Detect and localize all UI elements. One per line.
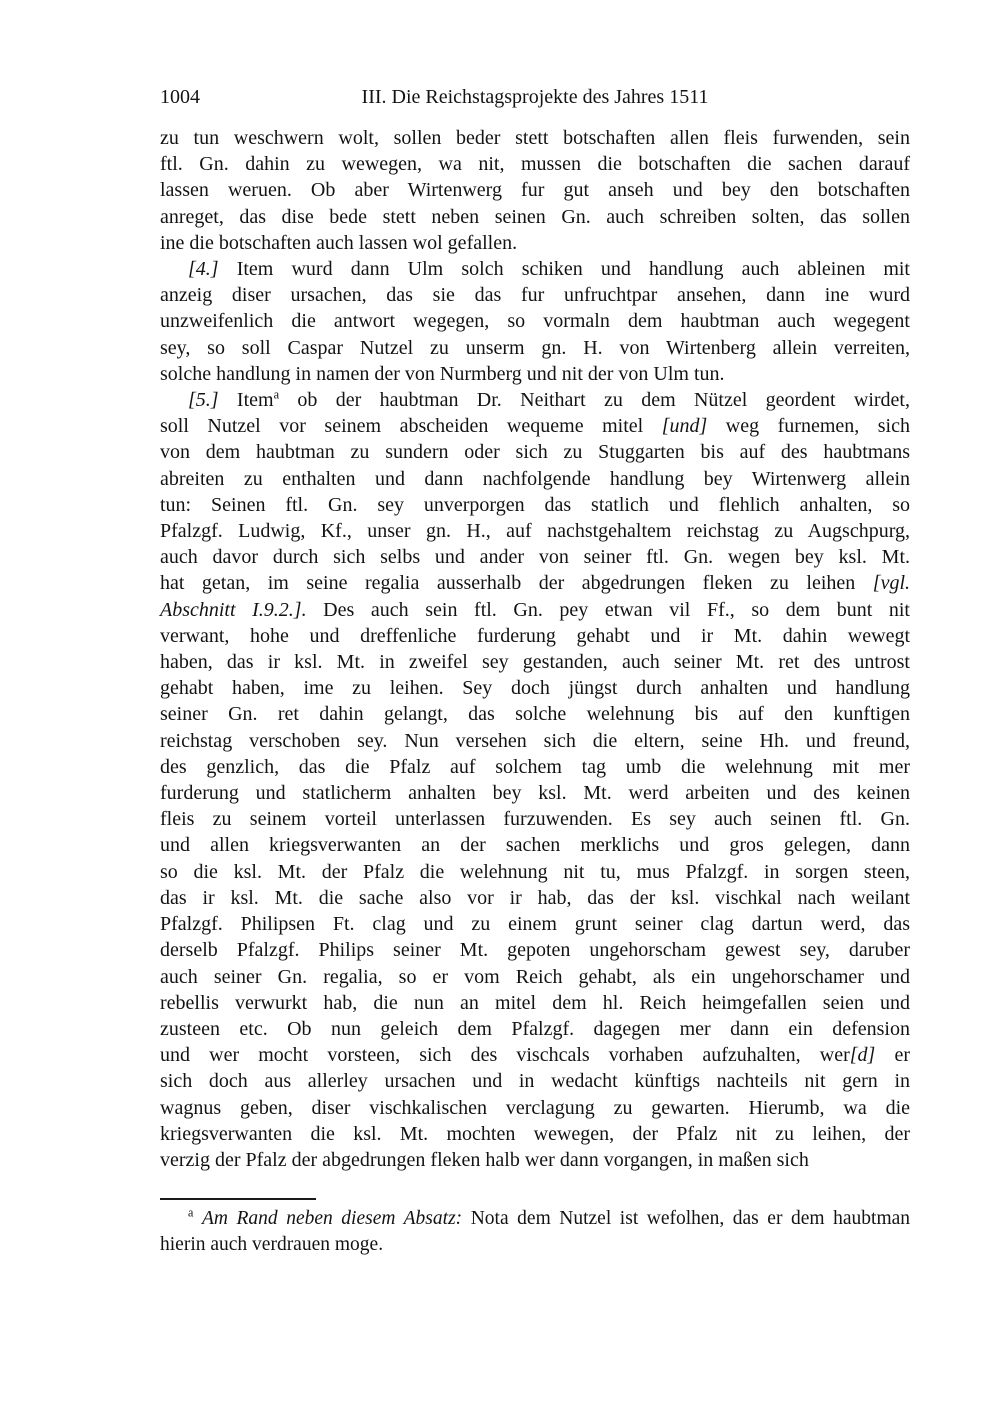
text-segment: Pfalzgf. Ludwig, Kf., unser gn. H., auf … — [160, 520, 910, 542]
text-line: derselb Pfalzgf. Philips seiner Mt. gepo… — [160, 937, 910, 963]
text-segment: Nota dem Nutzel ist wefolhen, das er dem… — [462, 1208, 910, 1229]
text-segment: unzweifenlich die antwort wegegen, so vo… — [160, 310, 910, 332]
text-segment: ftl. Gn. dahin zu wewegen, wa nit, musse… — [160, 153, 910, 175]
text-segment: furderung und statlicherm anhalten bey k… — [160, 782, 910, 804]
text-segment: anreget, das dise bede stett neben seine… — [160, 206, 910, 228]
text-segment: so die ksl. Mt. der Pfalz die welehnung … — [160, 861, 910, 883]
text-segment: [und] — [662, 415, 708, 437]
text-line: das ir ksl. Mt. die sache also vor ir ha… — [160, 885, 910, 911]
text-line: von dem haubtman zu sundern oder sich zu… — [160, 439, 910, 465]
text-line: Pfalzgf. Ludwig, Kf., unser gn. H., auf … — [160, 518, 910, 544]
text-line: soll Nutzel vor seinem abscheiden wequem… — [160, 413, 910, 439]
text-line: und wer mocht vorsteen, sich des vischca… — [160, 1042, 910, 1068]
page-header: 1004 III. Die Reichstagsprojekte des Jah… — [160, 84, 910, 110]
text-line: solche handlung in namen der von Nurmber… — [160, 361, 910, 387]
text-line: [5.] Itema ob der haubtman Dr. Neithart … — [160, 387, 910, 413]
text-segment: kriegsverwanten die ksl. Mt. mochten wew… — [160, 1123, 910, 1145]
text-line: ine die botschaften auch lassen wol gefa… — [160, 230, 910, 256]
text-line: anzeig diser ursachen, das sie das fur u… — [160, 282, 910, 308]
text-line: fleis zu seinem vorteil unterlassen furz… — [160, 806, 910, 832]
text-segment: zu tun weschwern wolt, sollen beder stet… — [160, 127, 910, 149]
text-line: so die ksl. Mt. der Pfalz die welehnung … — [160, 859, 910, 885]
text-segment: das ir ksl. Mt. die sache also vor ir ha… — [160, 887, 910, 909]
text-line: abreiten zu enthalten und dann nachfolge… — [160, 466, 910, 492]
text-segment: rebellis verwurkt hab, die nun an mitel … — [160, 992, 910, 1014]
text-segment: anzeig diser ursachen, das sie das fur u… — [160, 284, 910, 306]
text-line: ftl. Gn. dahin zu wewegen, wa nit, musse… — [160, 151, 910, 177]
text-segment: Item — [219, 389, 274, 411]
text-segment: weg furnemen, sich — [707, 415, 910, 437]
text-segment: ine die botschaften auch lassen wol gefa… — [160, 232, 517, 254]
footnote-rule — [160, 1198, 316, 1200]
text-segment: Pfalzgf. Philipsen Ft. clag und zu einem… — [160, 913, 910, 935]
text-line: hierin auch verdrauen moge. — [160, 1232, 910, 1258]
text-segment: abreiten zu enthalten und dann nachfolge… — [160, 468, 910, 490]
text-segment: haben, das ir ksl. Mt. in zweifel sey ge… — [160, 651, 910, 673]
text-line: verwant, hohe und dreffenliche furderung… — [160, 623, 910, 649]
text-segment: hierin auch verdrauen moge. — [160, 1234, 383, 1255]
text-line: furderung und statlicherm anhalten bey k… — [160, 780, 910, 806]
text-segment: [vgl. — [873, 572, 910, 594]
text-segment: Am Rand neben diesem Absatz: — [202, 1208, 462, 1229]
footnote: a Am Rand neben diesem Absatz: Nota dem … — [160, 1206, 910, 1258]
body-text: zu tun weschwern wolt, sollen beder stet… — [160, 125, 910, 1173]
text-segment: wagnus geben, diser vischkalischen vercl… — [160, 1097, 910, 1119]
text-line: gehabt haben, ime zu leihen. Sey doch jü… — [160, 675, 910, 701]
text-line: zu tun weschwern wolt, sollen beder stet… — [160, 125, 910, 151]
text-segment: ob der haubtman Dr. Neithart zu dem Nütz… — [279, 389, 910, 411]
text-segment: [4.] — [188, 258, 219, 280]
text-segment: er — [875, 1044, 910, 1066]
text-segment: des genzlich, das die Pfalz auf solchem … — [160, 756, 910, 778]
text-segment: hat getan, im seine regalia ausserhalb d… — [160, 572, 873, 594]
page-number: 1004 — [160, 84, 200, 110]
text-segment: verzig der Pfalz der abgedrungen fleken … — [160, 1149, 809, 1171]
text-segment: auch seiner Gn. regalia, so er vom Reich… — [160, 966, 910, 988]
text-line: auch seiner Gn. regalia, so er vom Reich… — [160, 964, 910, 990]
text-line: und allen kriegsverwanten an der sachen … — [160, 832, 910, 858]
text-segment: Des auch sein ftl. Gn. pey etwan vil Ff.… — [307, 599, 910, 621]
text-line: wagnus geben, diser vischkalischen vercl… — [160, 1095, 910, 1121]
text-segment: Item wurd dann Ulm solch schiken und han… — [219, 258, 910, 280]
text-segment: gehabt haben, ime zu leihen. Sey doch jü… — [160, 677, 910, 699]
text-segment: verwant, hohe und dreffenliche furderung… — [160, 625, 910, 647]
text-segment: Abschnitt I.9.2.]. — [160, 599, 307, 621]
text-line: hat getan, im seine regalia ausserhalb d… — [160, 570, 910, 596]
text-segment: zusteen etc. Ob nun geleich dem Pfalzgf.… — [160, 1018, 910, 1040]
text-line: anreget, das dise bede stett neben seine… — [160, 204, 910, 230]
text-line: lassen weruen. Ob aber Wirtenwerg fur gu… — [160, 177, 910, 203]
text-line: tun: Seinen ftl. Gn. sey unverporgen das… — [160, 492, 910, 518]
text-line: rebellis verwurkt hab, die nun an mitel … — [160, 990, 910, 1016]
text-line: kriegsverwanten die ksl. Mt. mochten wew… — [160, 1121, 910, 1147]
text-segment: [5.] — [188, 389, 219, 411]
text-segment: sich doch aus allerley ursachen und in w… — [160, 1070, 910, 1092]
text-line: unzweifenlich die antwort wegegen, so vo… — [160, 308, 910, 334]
text-line: haben, das ir ksl. Mt. in zweifel sey ge… — [160, 649, 910, 675]
running-head: III. Die Reichstagsprojekte des Jahres 1… — [160, 84, 910, 110]
text-segment: von dem haubtman zu sundern oder sich zu… — [160, 441, 910, 463]
text-line: Abschnitt I.9.2.]. Des auch sein ftl. Gn… — [160, 597, 910, 623]
text-line: a Am Rand neben diesem Absatz: Nota dem … — [160, 1206, 910, 1232]
text-segment: solche handlung in namen der von Nurmber… — [160, 363, 725, 385]
text-segment: derselb Pfalzgf. Philips seiner Mt. gepo… — [160, 939, 910, 961]
text-line: Pfalzgf. Philipsen Ft. clag und zu einem… — [160, 911, 910, 937]
text-segment: sey, so soll Caspar Nutzel zu unserm gn.… — [160, 337, 910, 359]
text-column: 1004 III. Die Reichstagsprojekte des Jah… — [160, 84, 910, 1258]
text-line: verzig der Pfalz der abgedrungen fleken … — [160, 1147, 910, 1173]
text-line: sich doch aus allerley ursachen und in w… — [160, 1068, 910, 1094]
text-line: des genzlich, das die Pfalz auf solchem … — [160, 754, 910, 780]
text-segment: tun: Seinen ftl. Gn. sey unverporgen das… — [160, 494, 910, 516]
book-page: 1004 III. Die Reichstagsprojekte des Jah… — [0, 0, 1004, 1418]
text-segment: fleis zu seinem vorteil unterlassen furz… — [160, 808, 910, 830]
text-segment: soll Nutzel vor seinem abscheiden wequem… — [160, 415, 662, 437]
text-line: auch davor durch sich selbs und ander vo… — [160, 544, 910, 570]
text-line: reichstag verschoben sey. Nun versehen s… — [160, 728, 910, 754]
text-line: [4.] Item wurd dann Ulm solch schiken un… — [160, 256, 910, 282]
text-line: seiner Gn. ret dahin gelangt, das solche… — [160, 701, 910, 727]
text-segment: lassen weruen. Ob aber Wirtenwerg fur gu… — [160, 179, 910, 201]
text-segment: und wer mocht vorsteen, sich des vischca… — [160, 1044, 850, 1066]
text-segment: und allen kriegsverwanten an der sachen … — [160, 834, 910, 856]
text-segment — [193, 1208, 202, 1229]
text-segment: [d] — [850, 1044, 876, 1066]
text-segment: seiner Gn. ret dahin gelangt, das solche… — [160, 703, 910, 725]
text-line: sey, so soll Caspar Nutzel zu unserm gn.… — [160, 335, 910, 361]
text-segment: auch davor durch sich selbs und ander vo… — [160, 546, 910, 568]
text-segment: reichstag verschoben sey. Nun versehen s… — [160, 730, 910, 752]
text-line: zusteen etc. Ob nun geleich dem Pfalzgf.… — [160, 1016, 910, 1042]
